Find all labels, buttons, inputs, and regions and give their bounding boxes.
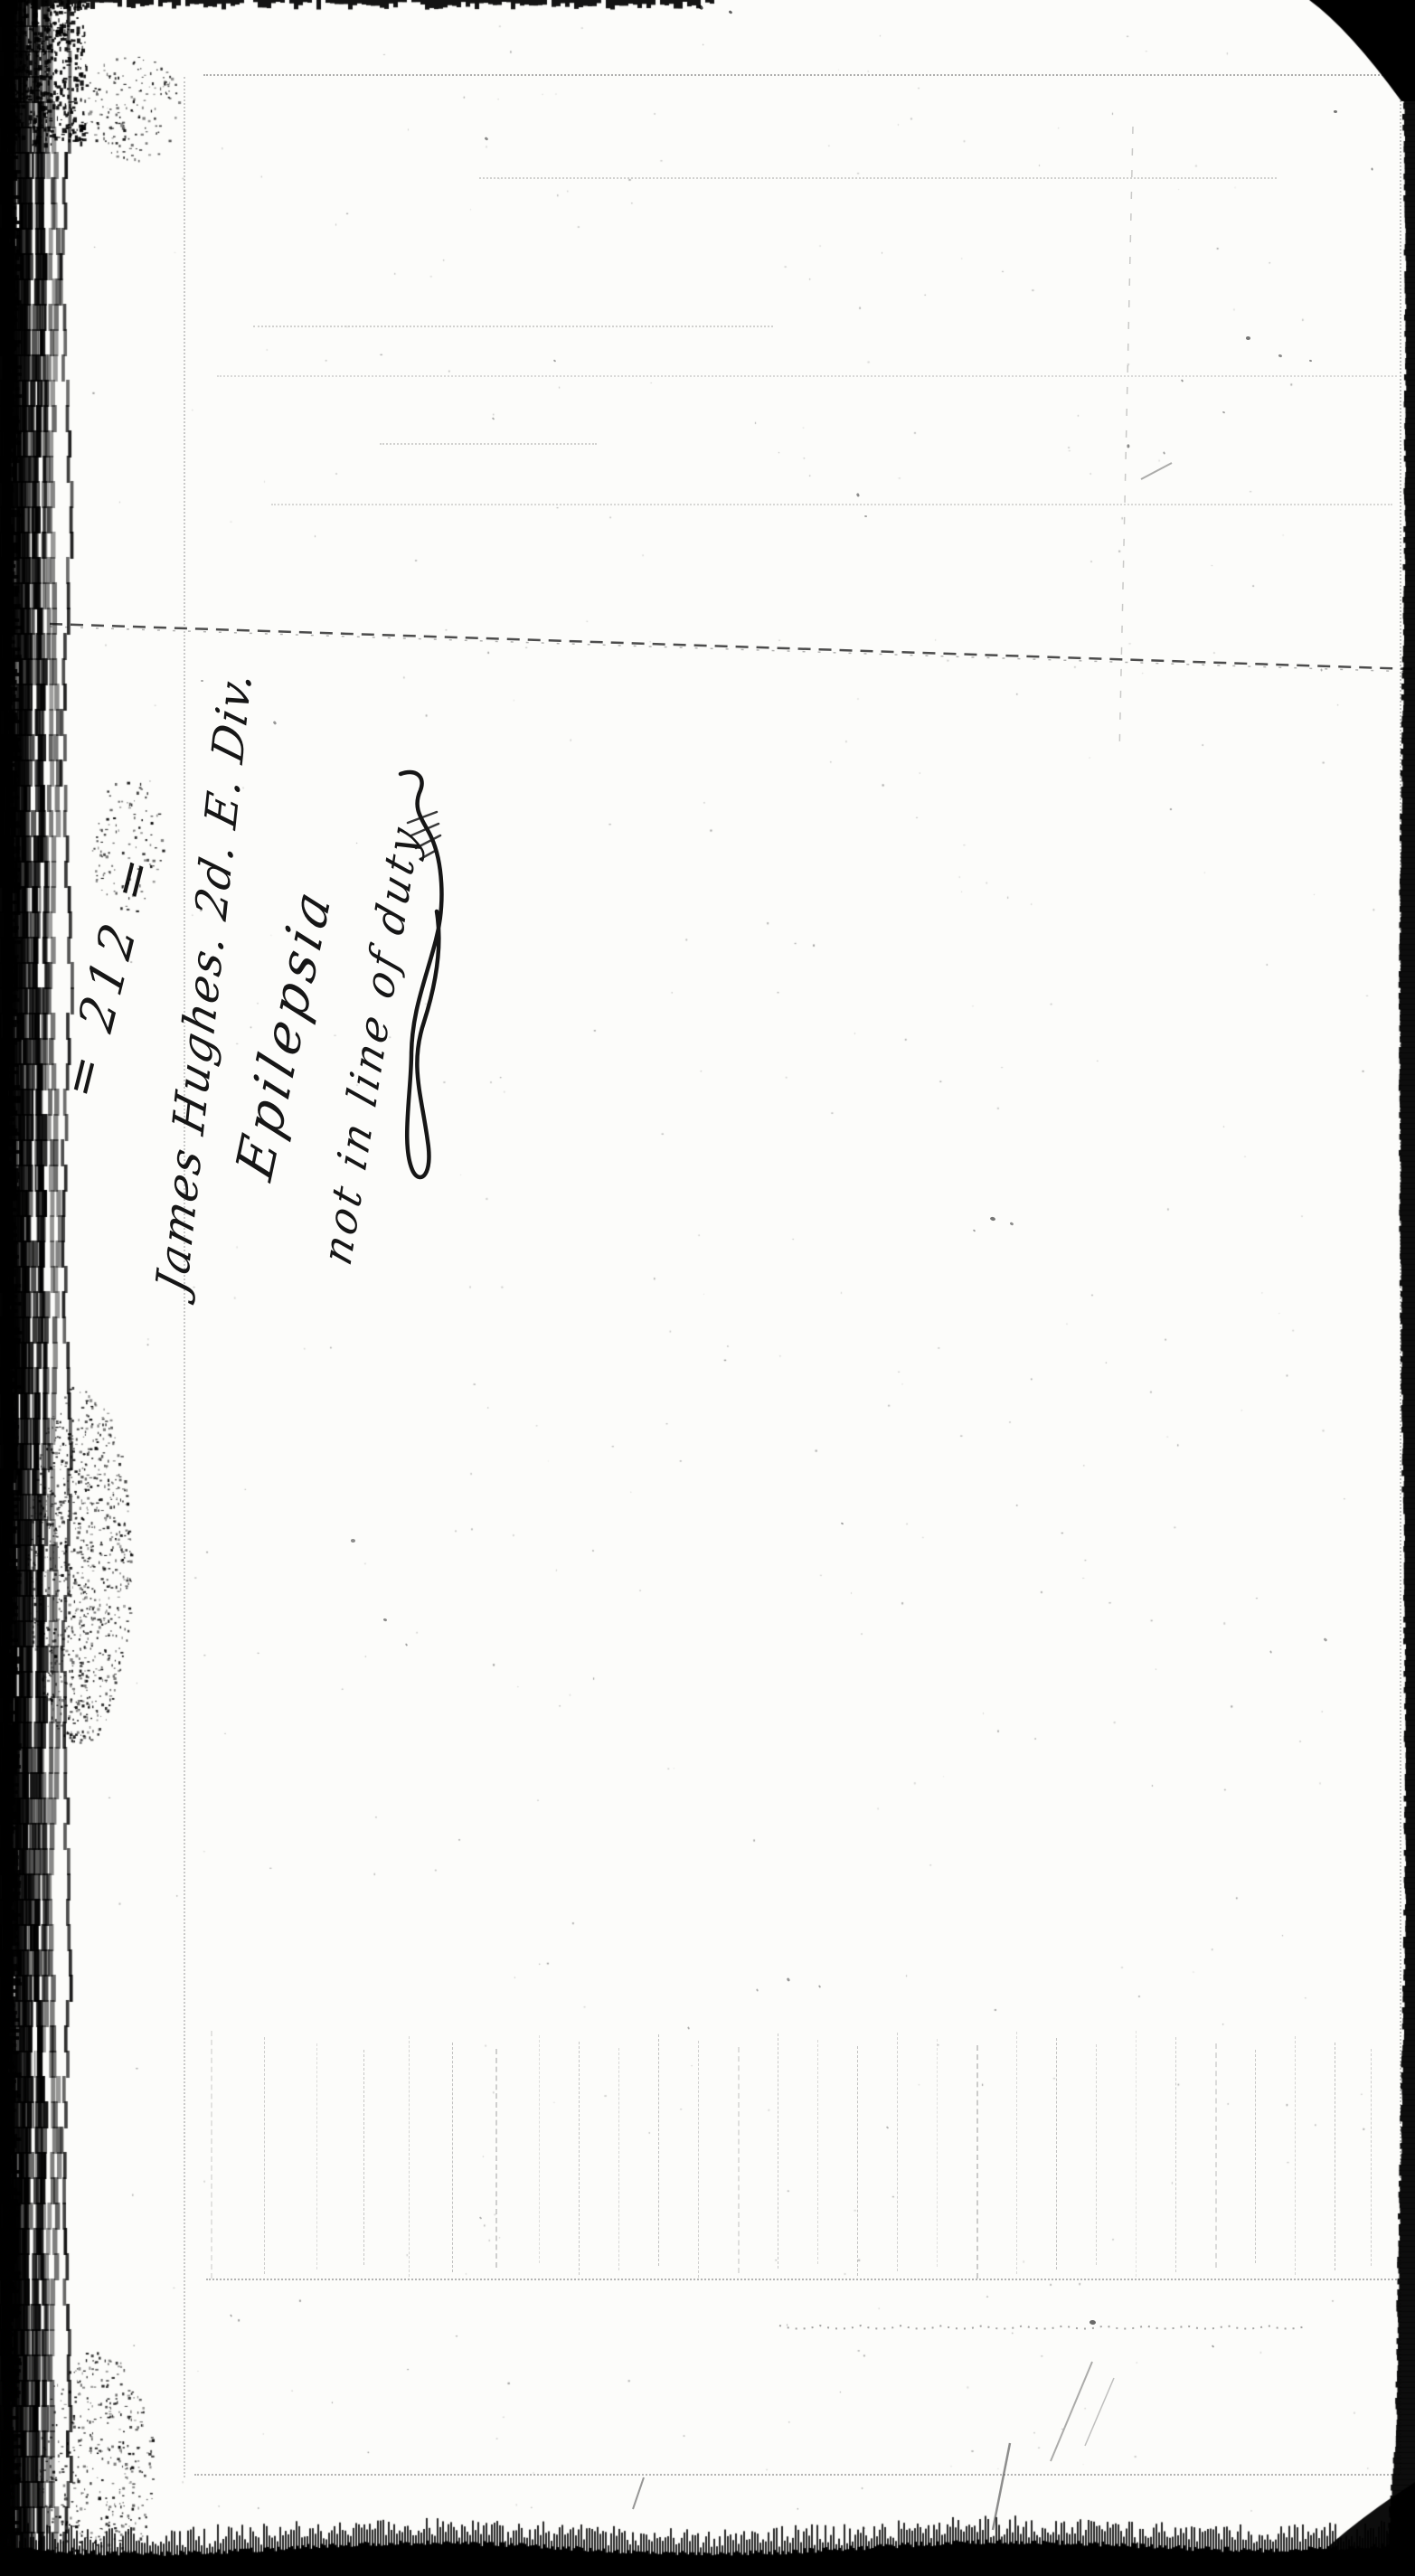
diagnosis-handwriting: Epilepsia [229,879,339,1186]
patient-name-handwriting: James Hughes. 2d. E. Div. [150,665,259,1298]
pen-flourish-swash [384,767,470,1187]
scanned-ledger-page: = 212 = James Hughes. 2d. E. Div. Epilep… [0,0,1415,2576]
case-number-handwriting: = 212 = [55,845,162,1104]
handwriting-layer: = 212 = James Hughes. 2d. E. Div. Epilep… [0,0,1415,2576]
